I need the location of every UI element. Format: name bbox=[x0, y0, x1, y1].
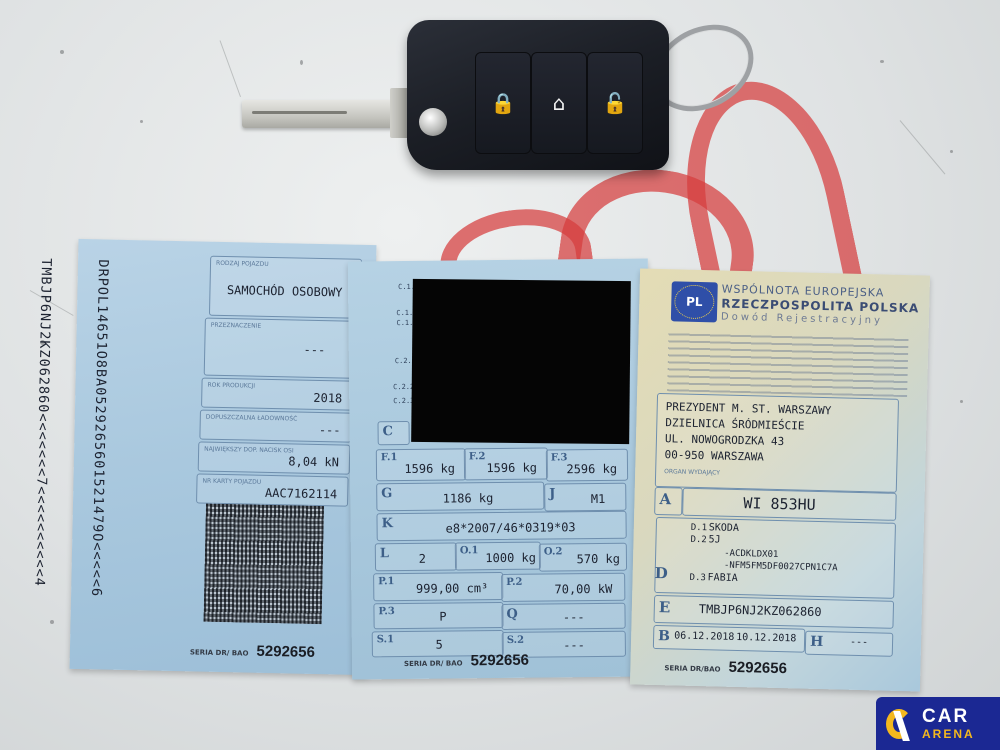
trunk-icon: ⌂ bbox=[531, 52, 587, 154]
field-b-first-registration: B 06.12.2018 10.12.2018 bbox=[653, 625, 806, 653]
field-p3: P.3 P bbox=[373, 602, 503, 629]
car-arena-watermark: CAR ARENA bbox=[876, 697, 1000, 750]
field-f3: F.3 2596 kg bbox=[546, 449, 628, 482]
registration-right-panel: PL WSPÓLNOTA EUROPEJSKA RZECZPOSPOLITA P… bbox=[630, 269, 930, 692]
registration-left-panel: DRPOL14651O8BA0529265601521479O<<<<<6 TM… bbox=[70, 239, 377, 675]
serial-left: SERIA DR/ BAO 5292656 bbox=[190, 641, 315, 661]
key-blade bbox=[242, 100, 402, 128]
field-h-validity: H --- bbox=[805, 631, 894, 657]
field-registration-number: WI 853HU bbox=[682, 488, 897, 521]
unlock-icon: 🔓 bbox=[587, 52, 643, 154]
field-d-make-model: D.1 SKODA D.2 5J -ACDKLDX01 -NFM5FM5DF00… bbox=[654, 517, 896, 599]
field-a-code: A bbox=[654, 487, 683, 516]
car-arena-logo-icon bbox=[886, 709, 914, 739]
field-l: L 2 bbox=[375, 542, 457, 571]
field-o1: O.1 1000 kg bbox=[455, 542, 541, 571]
field-vehicle-type: RODZAJ POJAZDU SAMOCHÓD OSOBOWY bbox=[209, 256, 362, 319]
field-e-vin: E TMBJP6NJ2KZ062860 bbox=[653, 595, 894, 629]
field-j: J M1 bbox=[544, 483, 626, 512]
key-fob: 🔒 ⌂ 🔓 bbox=[407, 20, 669, 170]
field-max-axle-load: NAJWIĘKSZY DOP. NACISK OSI 8,04 kN bbox=[198, 441, 351, 474]
field-purpose: PRZEZNACZENIE --- bbox=[204, 318, 357, 379]
field-permissible-load: DOPUSZCZALNA ŁADOWNOŚĆ --- bbox=[199, 410, 352, 443]
field-f2: F.2 1596 kg bbox=[464, 447, 548, 480]
field-k: K e8*2007/46*0319*03 bbox=[376, 511, 626, 542]
field-g: G 1186 kg bbox=[376, 482, 544, 512]
multilingual-fine-print bbox=[667, 331, 908, 397]
serial-right: SERIA DR/BAO 5292656 bbox=[664, 657, 787, 677]
field-issuing-authority: PREZYDENT M. ST. WARSZAWY DZIELNICA ŚRÓD… bbox=[655, 393, 899, 493]
lock-icon: 🔒 bbox=[475, 52, 531, 154]
field-p1: P.1 999,00 cm³ bbox=[373, 572, 503, 601]
eu-flag-icon: PL bbox=[671, 281, 718, 322]
field-production-year: ROK PRODUKCJI 2018 bbox=[201, 378, 354, 411]
field-f1: F.1 1596 kg bbox=[376, 448, 466, 481]
field-p2: P.2 70,00 kW bbox=[501, 573, 625, 602]
machine-readable-zone: DRPOL14651O8BA0529265601521479O<<<<<6 TM… bbox=[81, 259, 151, 620]
serial-middle: SERIA DR/ BAO 5292656 bbox=[404, 652, 529, 670]
redacted-photo-block bbox=[411, 279, 631, 444]
blade-release-button bbox=[419, 108, 447, 136]
2d-barcode bbox=[204, 504, 324, 624]
field-o2: O.2 570 kg bbox=[539, 543, 627, 572]
field-q: Q --- bbox=[501, 603, 625, 630]
field-c: C bbox=[377, 421, 409, 445]
field-vehicle-card-number: NR KARTY POJAZDU AAC7162114 bbox=[196, 473, 349, 506]
